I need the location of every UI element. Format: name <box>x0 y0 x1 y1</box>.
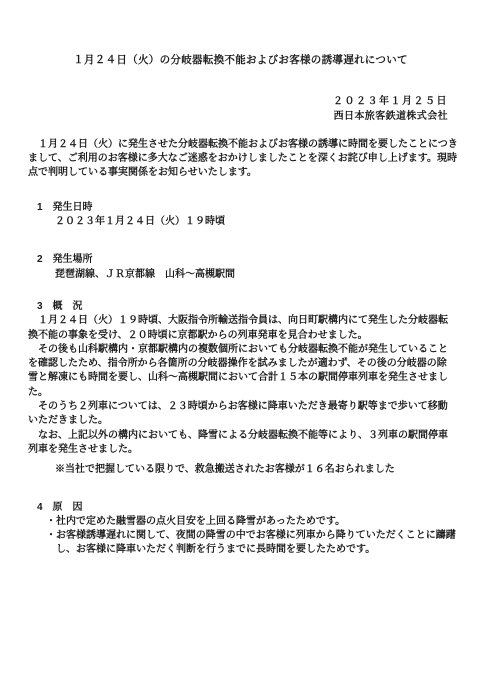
section-occurrence-location: 2 発生場所 琵琶湖線、ＪＲ京都線 山科～高槻駅間 <box>0 253 481 282</box>
company-name: 西日本旅客鉄道株式会社 <box>0 110 448 124</box>
issue-date: ２０２３年１月２５日 <box>0 95 448 109</box>
section-cause: 4 原 因 ・社内で定めた融雪器の点火目安を上回る降雪があったためです。 ・お客… <box>0 501 481 558</box>
section-2-body: 琵琶湖線、ＪＲ京都線 山科～高槻駅間 <box>55 268 481 282</box>
section-3-body: １月２４日（火）１９時頃、大阪指令所輸送指令員は、向日町駅構内にて発生した分岐器… <box>28 314 461 457</box>
section-occurrence-datetime: 1 発生日時 ２０２３年１月２４日（火）１９時頃 <box>0 201 481 230</box>
document-title: １月２４日（火）の分岐器転換不能およびお客様の誘導遅れについて <box>0 0 481 67</box>
ambulance-transport-note: ※当社で把握している限りで、救急搬送されたお客様が１６名おられました <box>55 463 461 477</box>
section-overview: 3 概 況 １月２４日（火）１９時頃、大阪指令所輸送指令員は、向日町駅構内にて発… <box>0 300 481 478</box>
section-1-heading: 1 発生日時 <box>37 201 481 215</box>
section-4-heading: 4 原 因 <box>37 501 481 515</box>
section-2-heading: 2 発生場所 <box>37 253 481 267</box>
document-meta: ２０２３年１月２５日 西日本旅客鉄道株式会社 <box>0 95 448 124</box>
section-4-body: ・社内で定めた融雪器の点火目安を上回る降雪があったためです。 ・お客様誘導遅れに… <box>46 515 461 558</box>
section-3-heading: 3 概 況 <box>37 300 481 314</box>
apology-intro-paragraph: １月２４日（火）に発生させた分岐器転換不能およびお客様の誘導に時間を要したことに… <box>28 138 461 181</box>
section-1-body: ２０２３年１月２４日（火）１９時頃 <box>55 215 481 229</box>
press-release-page: １月２４日（火）の分岐器転換不能およびお客様の誘導遅れについて ２０２３年１月２… <box>0 0 481 680</box>
